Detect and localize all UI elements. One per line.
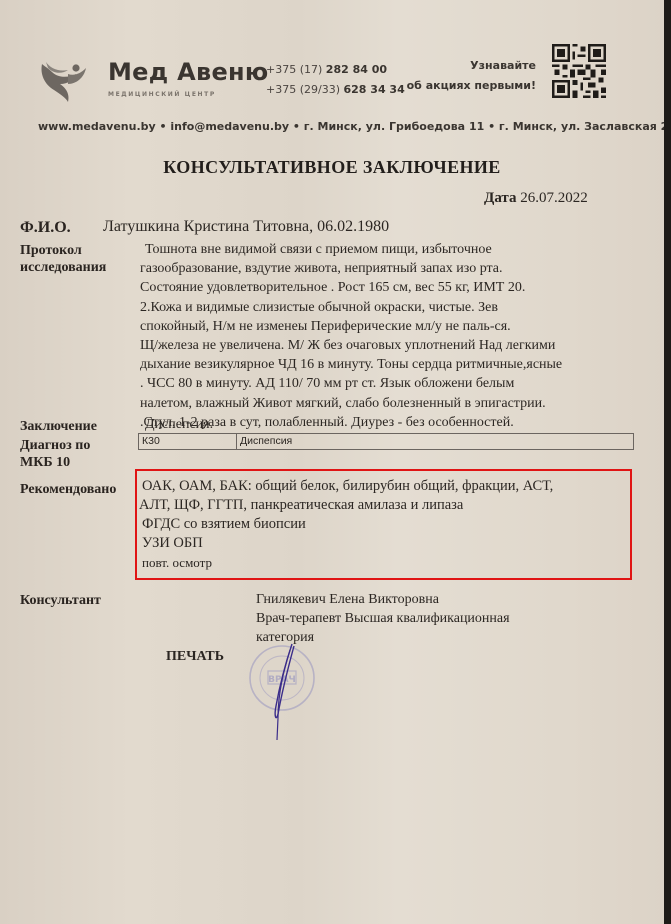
consultant-name: Гнилякевич Елена Викторовна bbox=[256, 590, 510, 609]
protocol-line: спокойный, Н/м не изменеы Периферические… bbox=[140, 317, 562, 336]
document-title: КОНСУЛЬТАТИВНОЕ ЗАКЛЮЧЕНИЕ bbox=[0, 157, 664, 178]
brand-name: Мед Авеню bbox=[108, 58, 269, 86]
recommendation-line: повт. осмотр bbox=[140, 553, 553, 572]
phone-2[interactable]: +375 (29/33) 628 34 34 bbox=[266, 83, 405, 96]
stamp-label: ПЕЧАТЬ bbox=[166, 649, 224, 665]
diagnosis-table: К30 Диспепсия bbox=[138, 433, 634, 450]
document-page: Мед Авеню МЕДИЦИНСКИЙ ЦЕНТР +375 (17) 28… bbox=[0, 0, 664, 924]
consultant-label: Консультант bbox=[20, 592, 101, 609]
phone-2-number: 628 34 34 bbox=[344, 83, 405, 96]
fio-label: Ф.И.О. bbox=[20, 219, 71, 236]
conclusion-label: Заключение bbox=[20, 418, 97, 435]
qr-code-icon[interactable] bbox=[552, 44, 606, 98]
diagnosis-label-1: Диагноз по bbox=[20, 437, 90, 454]
protocol-line: Щ/железа не увеличена. М/ Ж без очаговых… bbox=[140, 336, 562, 355]
recommendation-line: ОАК, ОАМ, БАК: общий белок, билирубин об… bbox=[140, 477, 553, 496]
patient-name: Латушкина Кристина Титовна, 06.02.1980 bbox=[103, 218, 389, 236]
diagnosis-code: К30 bbox=[139, 434, 237, 449]
stamp-signature-icon: ВРАЧ bbox=[242, 640, 322, 750]
contacts-line: www.medavenu.by • info@medavenu.by • г. … bbox=[38, 120, 671, 133]
diagnosis-name: Диспепсия bbox=[237, 434, 292, 449]
recommendation-line: ФГДС со взятием биопсии bbox=[140, 515, 553, 534]
protocol-label-2: исследования bbox=[20, 259, 106, 276]
protocol-line: налетом, влажный Живот мягкий, слабо бол… bbox=[140, 394, 562, 413]
phone-1-code: +375 (17) bbox=[266, 63, 322, 76]
consultant-position: Врач-терапевт Высшая квалификационная bbox=[256, 609, 510, 628]
recommendations-text: ОАК, ОАМ, БАК: общий белок, билирубин об… bbox=[140, 477, 553, 572]
recommendation-line: АЛТ, ЩФ, ГГТП, панкреатическая амилаза и… bbox=[139, 496, 553, 515]
promo-line-1: Узнавайте bbox=[470, 59, 536, 72]
protocol-line: Тошнота вне видимой связи с приемом пищи… bbox=[140, 240, 562, 259]
brand-subtitle: МЕДИЦИНСКИЙ ЦЕНТР bbox=[108, 91, 216, 98]
phone-2-code: +375 (29/33) bbox=[266, 83, 340, 96]
protocol-line: дыхание везикулярное ЧД 16 в минуту. Тон… bbox=[140, 355, 562, 374]
med-avenue-logo-icon bbox=[38, 58, 90, 102]
phone-1[interactable]: +375 (17) 282 84 00 bbox=[266, 63, 387, 76]
protocol-line: Состояние удовлетворительное . Рост 165 … bbox=[140, 278, 562, 297]
document-date: Дата 26.07.2022 bbox=[484, 190, 588, 207]
protocol-line: 2.Кожа и видимые слизистые обычной окрас… bbox=[140, 298, 562, 317]
protocol-text: Тошнота вне видимой связи с приемом пищи… bbox=[140, 240, 562, 432]
date-label: Дата bbox=[484, 190, 516, 206]
phone-1-number: 282 84 00 bbox=[326, 63, 387, 76]
recommendation-line: УЗИ ОБП bbox=[140, 534, 553, 553]
date-value: 26.07.2022 bbox=[520, 190, 588, 206]
consultant-info: Гнилякевич Елена Викторовна Врач-терапев… bbox=[256, 590, 510, 647]
protocol-line: . ЧСС 80 в минуту. АД 110/ 70 мм рт ст. … bbox=[140, 374, 562, 393]
protocol-label-1: Протокол bbox=[20, 242, 82, 259]
page-edge bbox=[664, 0, 671, 924]
protocol-line: газообразование, вздутие живота, неприят… bbox=[140, 259, 562, 278]
promo-line-2: об акциях первыми! bbox=[407, 79, 536, 92]
conclusion-value: Диспепсия. bbox=[140, 415, 213, 434]
diagnosis-label-2: МКБ 10 bbox=[20, 454, 70, 471]
recommended-label: Рекомендовано bbox=[20, 481, 116, 498]
